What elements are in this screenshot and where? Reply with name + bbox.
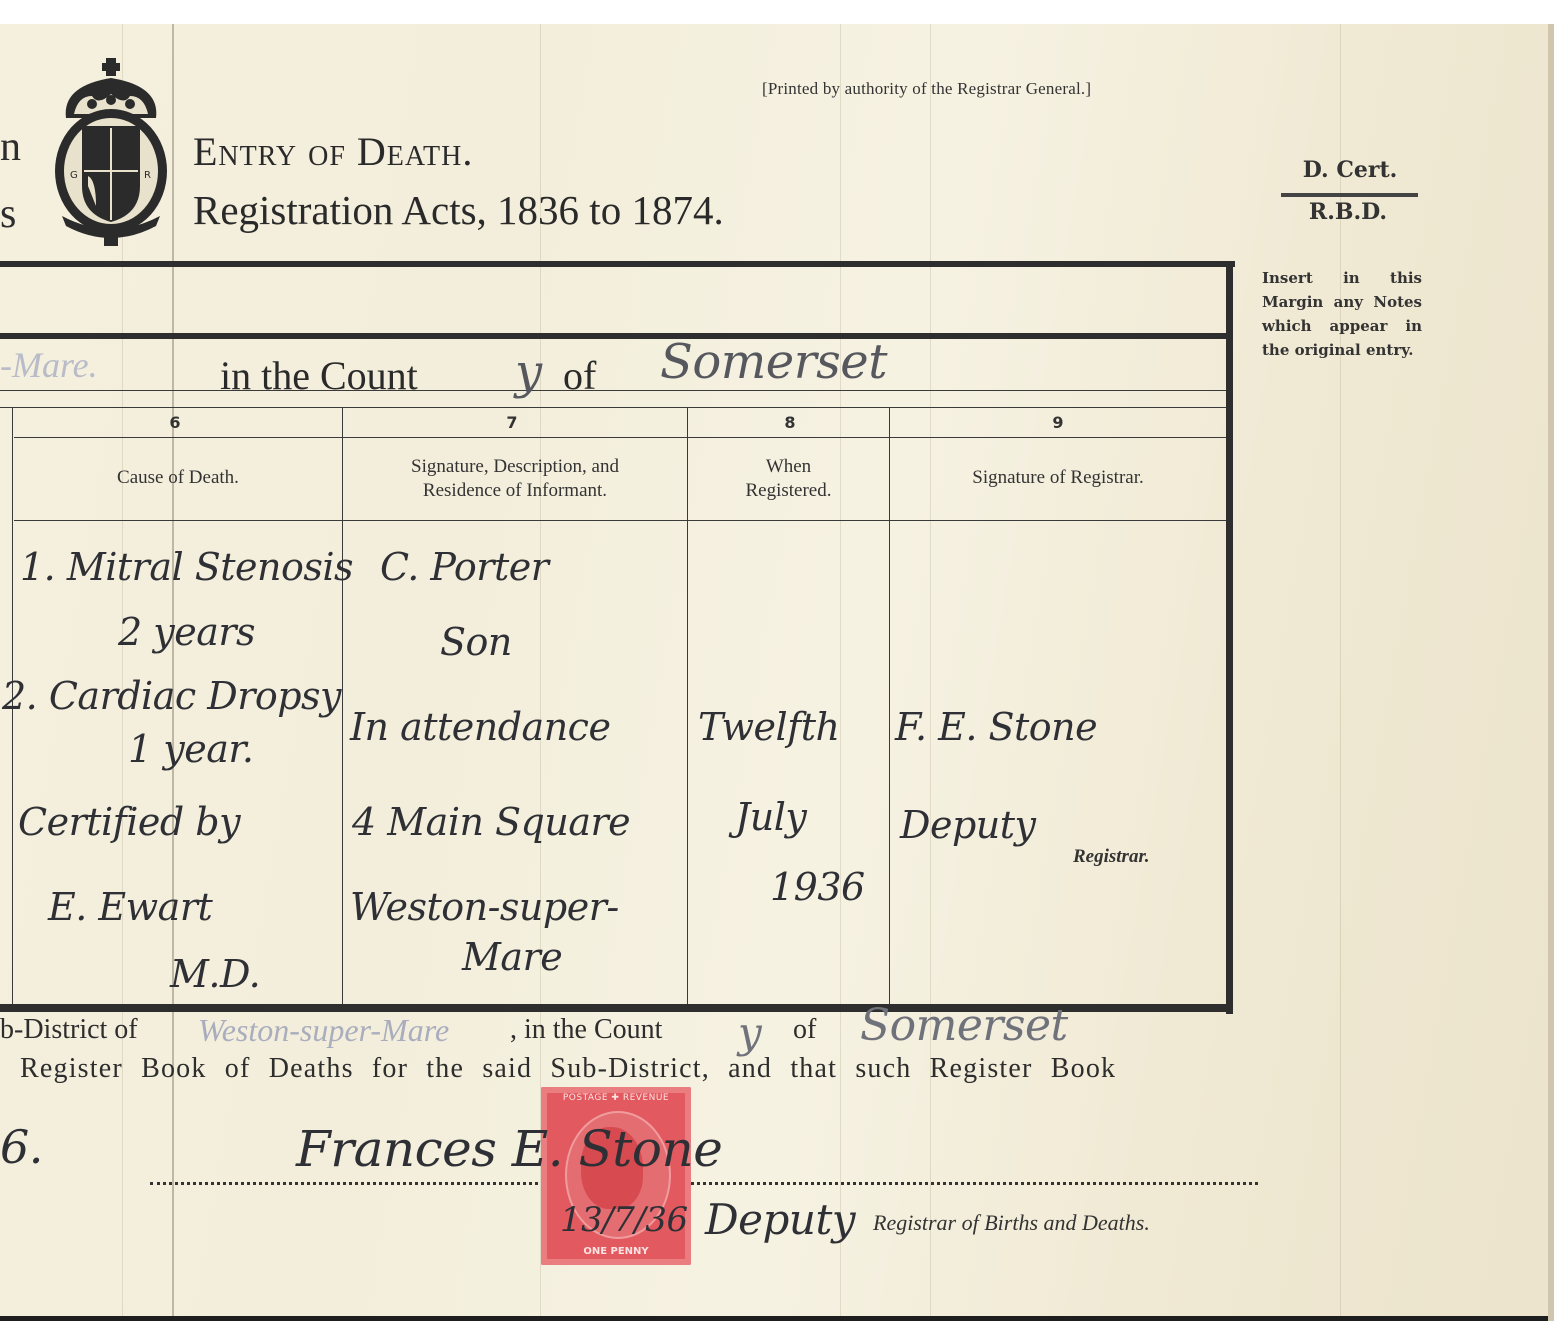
stamp-top-text: POSTAGE ✚ REVENUE [541, 1093, 691, 1103]
table-top-border [0, 261, 1235, 267]
county-label: in the Count [220, 352, 418, 399]
cause-line: E. Ewart [48, 885, 212, 929]
form-code-bottom: R.B.D. [1278, 199, 1418, 225]
column-divider [889, 407, 890, 1004]
header-when-line2: Registered. [688, 479, 889, 503]
registered-month: July [735, 795, 806, 839]
cert-county-of: of [793, 1014, 816, 1046]
signature-dotted-line [150, 1182, 1258, 1185]
document-subtitle: Registration Acts, 1836 to 1874. [193, 186, 724, 234]
cert-subdistrict-name: Weston-super-Mare [198, 1012, 449, 1049]
form-code-top: D. Cert. [1280, 157, 1420, 183]
cert-county-label: , in the Count [510, 1014, 662, 1046]
cert-registrar-title: Registrar of Births and Deaths. [873, 1210, 1150, 1236]
registered-day: Twelfth [698, 705, 839, 749]
header-informant-line1: Signature, Description, and [343, 455, 687, 479]
registrar-deputy: Deputy [900, 803, 1036, 847]
column-number-9: 9 [1043, 413, 1073, 432]
cause-line: 2 years [118, 610, 255, 654]
cert-line3-fragment: 6. [0, 1120, 43, 1174]
cert-register-book-line: Register Book of Deaths for the said Sub… [20, 1053, 1116, 1085]
informant-line: C. Porter [380, 545, 548, 589]
header-informant: Signature, Description, and Residence of… [343, 455, 687, 503]
county-row-underline [0, 390, 1226, 391]
document-title: Entry of Death. [193, 128, 473, 175]
cause-line: Certified by [18, 800, 240, 844]
fold-line [172, 24, 174, 1321]
table-inner-border [0, 333, 1226, 339]
column-number-8: 8 [775, 413, 805, 432]
informant-line: 4 Main Square [352, 800, 630, 844]
cert-deputy: Deputy [705, 1195, 855, 1244]
header-when-line1: When [688, 455, 889, 479]
cause-line: M.D. [170, 952, 260, 996]
header-cause-of-death: Cause of Death. [14, 466, 342, 490]
registrar-suffix: Registrar. [1073, 846, 1150, 868]
header-bottom-line [14, 520, 1226, 521]
crest-monogram-r: R [144, 170, 151, 181]
header-informant-line2: Residence of Informant. [343, 479, 687, 503]
district-fragment: -Mare. [0, 344, 98, 386]
county-handwritten-y: y [515, 344, 542, 400]
header-top-line [0, 407, 1226, 408]
crease-line [840, 24, 841, 1321]
cert-signature: Frances E. Stone [296, 1120, 722, 1178]
column-number-6: 6 [160, 413, 190, 432]
margin-notes-instruction: Insert in this Margin any Notes which ap… [1262, 266, 1422, 362]
header-when-registered: When Registered. [688, 455, 889, 503]
left-fragment-text: s [0, 190, 16, 238]
county-of: of [563, 352, 596, 399]
royal-crest-icon: G R [52, 56, 170, 246]
informant-line: Weston-super- [350, 885, 619, 929]
registrar-signature: F. E. Stone [895, 705, 1097, 749]
informant-line: In attendance [350, 705, 610, 749]
cert-county-y: y [738, 1008, 761, 1057]
header-registrar-signature: Signature of Registrar. [890, 466, 1226, 490]
form-code-divider [1281, 193, 1418, 197]
crease-line [930, 24, 931, 1321]
cert-county-name: Somerset [860, 1000, 1068, 1051]
cause-line: 2. Cardiac Dropsy [2, 674, 341, 718]
county-name: Somerset [660, 334, 887, 390]
registered-year: 1936 [770, 865, 865, 909]
scan-bottom-edge [0, 1316, 1554, 1321]
cert-subdistrict-prefix: b-District of [0, 1014, 138, 1046]
printed-by-authority: [Printed by authority of the Registrar G… [762, 79, 1091, 99]
informant-line: Son [440, 620, 512, 664]
left-fragment-text: n [0, 123, 21, 171]
scan-right-edge [1548, 24, 1554, 1321]
number-row-line [14, 437, 1226, 438]
cause-line: 1. Mitral Stenosis [20, 545, 353, 589]
crest-monogram-g: G [70, 170, 78, 181]
cause-line: 1 year. [128, 727, 253, 771]
column-number-7: 7 [497, 413, 527, 432]
table-right-border [1226, 261, 1233, 1014]
informant-line: Mare [462, 935, 562, 979]
stamp-value-text: ONE PENNY [541, 1246, 691, 1257]
stamp-cancellation-date: 13/7/36 [560, 1200, 688, 1240]
